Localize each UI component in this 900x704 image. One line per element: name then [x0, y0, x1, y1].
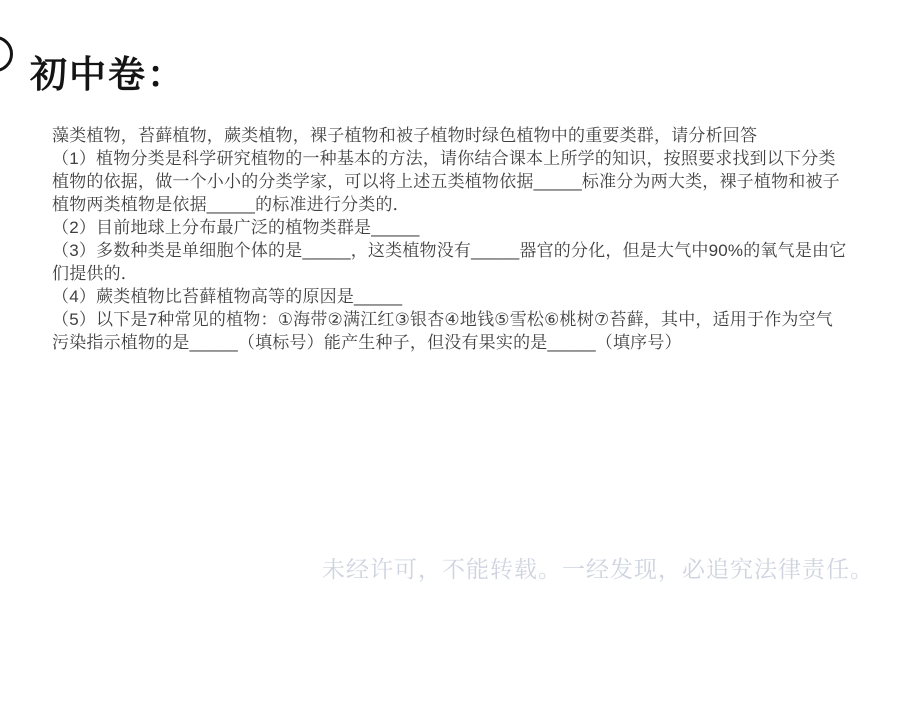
question-1-line-3: 植物两类植物是依据_____的标准进行分类的．	[52, 193, 867, 216]
page-title: 初中卷：	[30, 44, 186, 98]
question-intro-line: 藻类植物，苔藓植物，蕨类植物，裸子植物和被子植物时绿色植物中的重要类群，请分析回…	[52, 124, 867, 147]
question-3-line-2: 们提供的．	[52, 262, 867, 285]
question-2-line: （2）目前地球上分布最广泛的植物类群是_____	[52, 216, 867, 239]
question-1-line-2: 植物的依据，做一个小小的分类学家，可以将上述五类植物依据_____标准分为两大类…	[52, 170, 867, 193]
question-3-line-1: （3）多数种类是单细胞个体的是_____，这类植物没有_____器官的分化，但是…	[52, 239, 867, 262]
question-5-line-1: （5）以下是7种常见的植物：①海带②满江红③银杏④地钱⑤雪松⑥桃树⑦苔藓，其中，…	[52, 308, 867, 331]
question-text-block: 藻类植物，苔藓植物，蕨类植物，裸子植物和被子植物时绿色植物中的重要类群，请分析回…	[52, 124, 867, 354]
exam-page: 初中卷： 藻类植物，苔藓植物，蕨类植物，裸子植物和被子植物时绿色植物中的重要类群…	[0, 0, 900, 704]
question-1-line-1: （1）植物分类是科学研究植物的一种基本的方法，请你结合课本上所学的知识，按照要求…	[52, 147, 867, 170]
copyright-watermark: 未经许可，不能转载。一经发现，必追究法律责任。	[322, 551, 874, 584]
question-4-line: （4）蕨类植物比苔藓植物高等的原因是_____	[52, 285, 867, 308]
question-5-line-2: 污染指示植物的是_____（填标号）能产生种子，但没有果实的是_____（填序号…	[52, 331, 867, 354]
partial-circle-icon	[0, 36, 13, 72]
